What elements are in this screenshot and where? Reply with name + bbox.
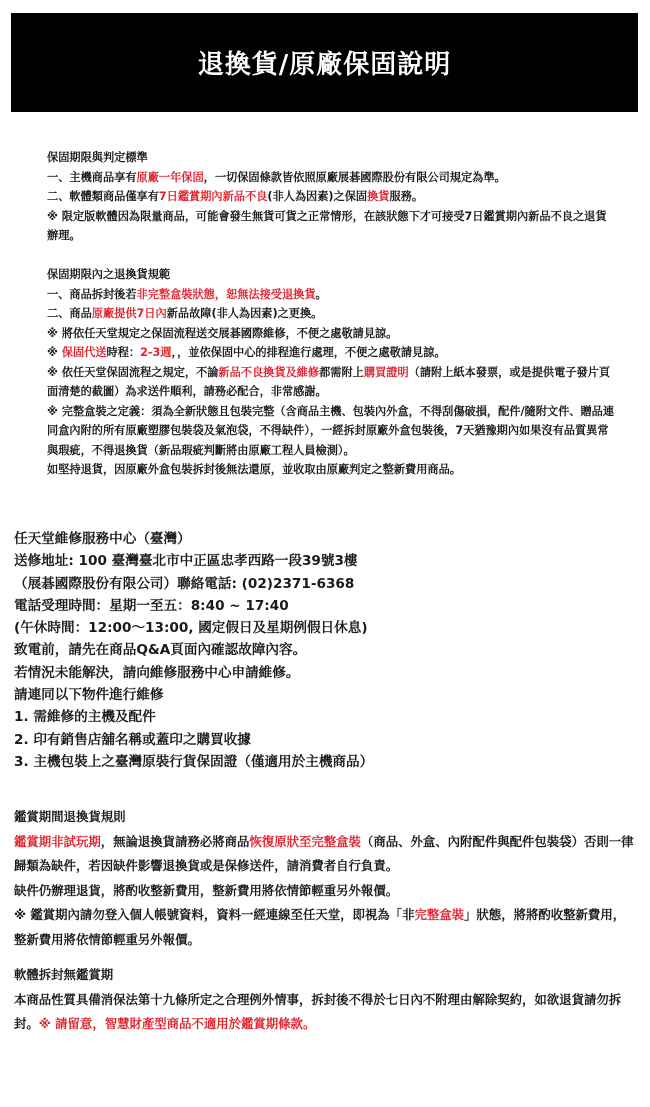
paragraph: 一、商品拆封後若非完整盒裝狀態，恕無法接受退換貨。 [47,285,617,305]
service-heading: 任天堂維修服務中心（臺灣） [14,528,454,550]
service-note-1: 致電前，請先在商品Q&A頁面內確認故障內容。 [14,639,454,661]
service-item-2: 2. 印有銷售店舖名稱或蓋印之購買收據 [14,729,454,751]
rich-lines: 鑑賞期非試玩期，無論退換貨請務必將商品恢復原狀至完整盒裝（商品、外盒、內附配件與… [14,830,634,953]
body-text: (非人為因素)之保固 [267,190,367,203]
paragraph: 如堅持退貨，因原廠外盒包裝拆封後無法還原，並收取由原廠判定之整新費用商品。 [47,460,617,480]
paragraph: 二、軟體類商品僅享有7日鑑賞期內新品不良(非人為因素)之保固換貨服務。 [47,187,617,207]
body-text: ※ 完整盒裝之定義：須為全新狀態且包裝完整（含商品主機、包裝內外盒，不得刮傷破損… [47,405,614,457]
rich-lines: 本商品性質具備消保法第十九條所定之合理例外情事，拆封後不得於七日內不附理由解除契… [14,988,634,1037]
service-address: 送修地址: 100 臺灣臺北市中正區忠孝西路一段39號3樓 [14,550,454,572]
highlight-text: 非完整盒裝狀態，恕無法接受退換貨 [137,288,316,301]
body-text: ※ [47,346,62,359]
warranty-standard-section: 保固期限與判定標準 一、主機商品享有原廠一年保固，一切保固條款皆依照原廠展碁國際… [47,148,617,246]
body-text: 。 [316,288,327,301]
service-note-2: 若情況未能解決，請向維修服務中心申請維修。 [14,662,454,684]
body-text: 新品故障(非人為因素)之更換。 [167,307,323,320]
highlight-text: 新品不良換貨及維修 [218,366,319,379]
body-text: ，無論退換貨請務必將商品 [101,834,250,849]
highlight-text: 完整盒裝 [414,907,464,922]
section-heading: 鑑賞期間退換貨規則 [14,805,634,830]
body-text: 服務。 [390,190,424,203]
service-center-section: 任天堂維修服務中心（臺灣） 送修地址: 100 臺灣臺北市中正區忠孝西路一段39… [14,528,454,773]
highlight-text: 原廠一年保固 [137,171,204,184]
paragraph: ※ 鑑賞期內請勿登入個人帳號資料，資料一經連線至任天堂，即視為「非完整盒裝」狀態… [14,903,634,952]
highlight-text: 換貨 [367,190,389,203]
highlight-text: 2-3週 [140,346,171,359]
paragraph: ※ 完整盒裝之定義：須為全新狀態且包裝完整（含商品主機、包裝內外盒，不得刮傷破損… [47,402,617,461]
body-text: 一、商品拆封後若 [47,288,137,301]
title-banner: 退換貨/原廠保固說明 [11,13,638,112]
section-heading: 軟體拆封無鑑賞期 [14,963,634,988]
body-text: ，，並依保固中心的排程進行處理，不便之處敬請見諒。 [172,346,446,359]
body-text: 都需附上 [319,366,364,379]
service-item-1: 1. 需維修的主機及配件 [14,706,454,728]
paragraph: 二、商品原廠提供7日內新品故障(非人為因素)之更換。 [47,304,617,324]
paragraph: 缺件仍辦理退貨，將酌收整新費用，整新費用將依情節輕重另外報價。 [14,879,634,904]
paragraph: ※ 將依任天堂規定之保固流程送交展碁國際維修，不便之處敬請見諒。 [47,324,617,344]
body-text: ※ 限定版軟體因為限量商品，可能會發生無貨可貨之正常情形，在該狀態下才可接受7日… [47,210,607,243]
highlight-text: 原廠提供7日內 [92,307,167,320]
body-text: 時程： [107,346,141,359]
software-unsealed-section: 軟體拆封無鑑賞期 本商品性質具備消保法第十九條所定之合理例外情事，拆封後不得於七… [14,963,634,1037]
rich-lines: 一、商品拆封後若非完整盒裝狀態，恕無法接受退換貨。二、商品原廠提供7日內新品故障… [47,285,617,480]
body-text: 如堅持退貨，因原廠外盒包裝拆封後無法還原，並收取由原廠判定之整新費用商品。 [47,463,461,476]
service-items-heading: 請連同以下物件進行維修 [14,684,454,706]
paragraph: ※ 保固代送時程：2-3週，，並依保固中心的排程進行處理，不便之處敬請見諒。 [47,343,617,363]
body-text: ，一切保固條款皆依照原廠展碁國際股份有限公司規定為準。 [204,171,506,184]
highlight-text: 恢復原狀至完整盒裝 [249,834,361,849]
service-item-3: 3. 主機包裝上之臺灣原裝行貨保固證（僅適用於主機商品） [14,751,454,773]
page-title: 退換貨/原廠保固說明 [198,44,452,81]
paragraph: 鑑賞期非試玩期，無論退換貨請務必將商品恢復原狀至完整盒裝（商品、外盒、內附配件與… [14,830,634,879]
warranty-return-section: 保固期限內之退換貨規範 一、商品拆封後若非完整盒裝狀態，恕無法接受退換貨。二、商… [47,265,617,480]
highlight-text: 鑑賞期非試玩期 [14,834,101,849]
body-text: ※ 將依任天堂規定之保固流程送交展碁國際維修，不便之處敬請見諒。 [47,327,397,340]
service-hours: 電話受理時間：星期一至五：8:40 ~ 17:40 [14,595,454,617]
highlight-text: 購買證明 [364,366,409,379]
paragraph: 一、主機商品享有原廠一年保固，一切保固條款皆依照原廠展碁國際股份有限公司規定為準… [47,168,617,188]
paragraph: ※ 限定版軟體因為限量商品，可能會發生無貨可貨之正常情形，在該狀態下才可接受7日… [47,207,617,246]
highlight-text: 保固代送 [62,346,107,359]
body-text: 一、主機商品享有 [47,171,137,184]
body-text: 缺件仍辦理退貨，將酌收整新費用，整新費用將依情節輕重另外報價。 [14,883,398,898]
paragraph: ※ 依任天堂保固流程之規定，不論新品不良換貨及維修都需附上購買證明（請附上紙本發… [47,363,617,402]
service-lunch-break: (午休時間：12:00～13:00, 國定假日及星期例假日休息) [14,617,454,639]
section-heading: 保固期限內之退換貨規範 [47,265,617,285]
section-heading: 保固期限與判定標準 [47,148,617,168]
service-phone: （展碁國際股份有限公司）聯絡電話: (02)2371-6368 [14,573,454,595]
highlight-text: 7日鑑賞期內新品不良 [159,190,267,203]
body-text: ※ 鑑賞期內請勿登入個人帳號資料，資料一經連線至任天堂，即視為「非 [14,907,414,922]
highlight-text: ※ 請留意，智慧財產型商品不適用於鑑賞期條款。 [39,1016,316,1031]
rich-lines: 一、主機商品享有原廠一年保固，一切保固條款皆依照原廠展碁國際股份有限公司規定為準… [47,168,617,246]
appreciation-rules-section: 鑑賞期間退換貨規則 鑑賞期非試玩期，無論退換貨請務必將商品恢復原狀至完整盒裝（商… [14,805,634,952]
paragraph: 本商品性質具備消保法第十九條所定之合理例外情事，拆封後不得於七日內不附理由解除契… [14,988,634,1037]
body-text: 二、軟體類商品僅享有 [47,190,159,203]
body-text: 二、商品 [47,307,92,320]
body-text: ※ 依任天堂保固流程之規定，不論 [47,366,218,379]
